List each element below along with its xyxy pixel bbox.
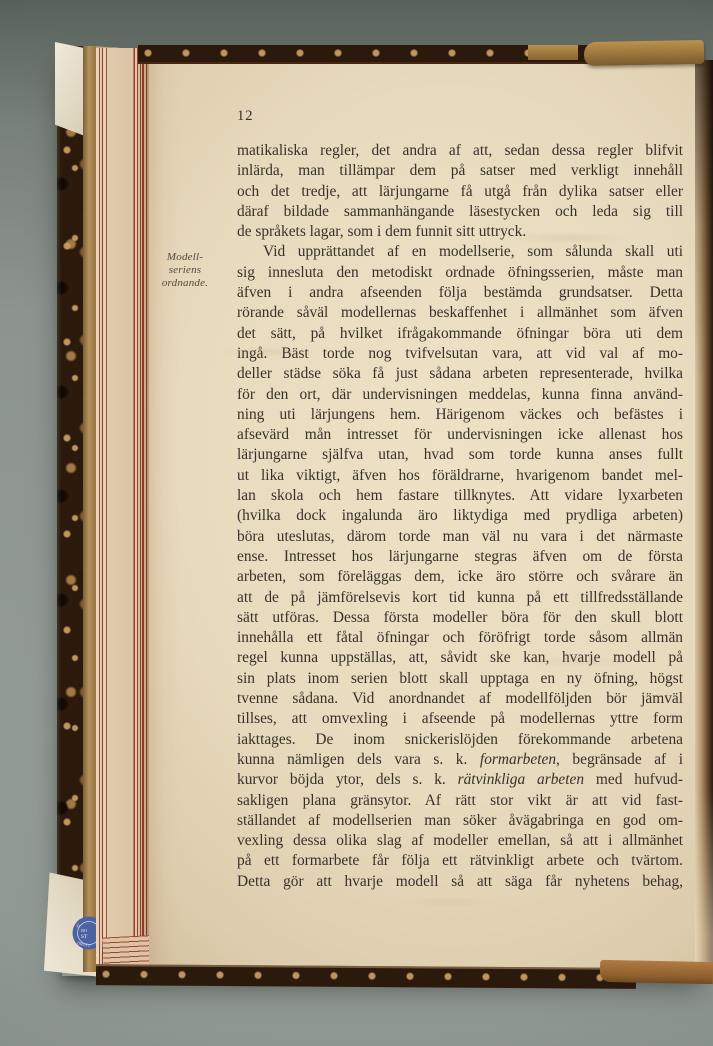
text-line: ense. Intresset hos lärjungarne stegras … (237, 547, 683, 567)
text-line: matikaliska regler, det andra af att, se… (237, 141, 683, 161)
cover-top-edge (138, 45, 590, 64)
text-line: sin plats inom serien blott skall upptag… (237, 669, 683, 689)
margin-note-line: seriens (158, 264, 212, 277)
text-line: regel kunna uppställas, att, såvidt ske … (237, 648, 683, 668)
stamp-letter: ST (81, 934, 88, 940)
text-line: tillses, att omvexling i afseende på mod… (237, 709, 683, 729)
cover-bottom-edge (96, 964, 636, 989)
text-line: rörande såväl modellernas beskaffenhet i… (237, 303, 683, 323)
text-line: iakttages. De inom snickerislöjden förek… (237, 730, 683, 750)
page-stack-striped-edges (96, 48, 149, 972)
page-block-tan-edge (83, 46, 96, 972)
text-line: deller städse söka få just sådana arbete… (237, 364, 683, 384)
text-line: det sätt, på hvilket ifrågakommande öfni… (237, 324, 683, 344)
text-line: arbeten, som föreläggas dem, icke äro st… (237, 567, 683, 587)
text-line: lan skola och hem fastare tillknytes. At… (237, 486, 683, 506)
margin-note: Modell- seriens ordnande. (158, 251, 212, 290)
text-line: innehålla ett fåtal öfningar och föröfri… (237, 628, 683, 648)
text-line: Detta gör att hvarje modell så att säga … (237, 872, 683, 892)
text-line: på ett formarbete får följa ett rätvinkl… (237, 851, 683, 871)
text-line: sakligen plana gränsytor. Af rätt stor v… (237, 791, 683, 811)
cover-top-tan-patch (528, 45, 578, 60)
text-line: sätt utföras. Dessa första modeller böra… (237, 608, 683, 628)
text-line: kunna nämligen dels vara s. k. formarbet… (237, 750, 683, 770)
page-number: 12 (237, 108, 254, 125)
text-block: matikaliska regler, det andra af att, se… (237, 141, 683, 892)
text-line: och det tredje, att lärjungarne få utgå … (237, 182, 683, 202)
text-line: inlärda, man tillämpar dem på satser med… (237, 161, 683, 181)
margin-note-line: Modell- (158, 251, 212, 264)
text-line: för den ort, där undervisningen meddelas… (237, 385, 683, 405)
curled-page-top-right (584, 40, 704, 66)
scan-background: G BO ST DROTT 12 Modell- seriens ordnand… (0, 0, 713, 1046)
text-line: ingå. Bäst torde nog tvifvelsutan vara, … (237, 344, 683, 364)
margin-note-line: ordnande. (158, 277, 212, 290)
text-line: kurvor böjda ytor, dels s. k. rätvinklig… (237, 770, 683, 790)
text-line: att de på jämförelsevis kort tid kunna p… (237, 588, 683, 608)
text-line: de språkets lagar, som i dem funnit sitt… (237, 222, 683, 242)
text-line: sig innesluta den metodiskt ordnade öfni… (237, 263, 683, 283)
text-line: lärjungarne själfva utan, hvad som torde… (237, 445, 683, 465)
text-line: (hvilka dock ingalunda äro liktydiga med… (237, 506, 683, 526)
text-line: äfven i andra afseenden följa bestämda g… (237, 283, 683, 303)
curled-page-bottom-right (600, 960, 713, 984)
paragraph: Vid upprättandet af en modellserie, som … (237, 242, 683, 892)
text-line: tvenne sådana. Vid anordnandet af modell… (237, 689, 683, 709)
text-line: Vid upprättandet af en modellserie, som … (237, 242, 683, 262)
stamp-letter: BO (81, 928, 88, 933)
book-page: 12 Modell- seriens ordnande. matikaliska… (149, 60, 695, 974)
text-line: däraf bildade sammanhängande läsestycken… (237, 202, 683, 222)
text-line: ställandet af modellserien man söker åvä… (237, 811, 683, 831)
text-line: ning uti lärjungens hem. Härigenom väcke… (237, 405, 683, 425)
text-line: vexling dessa olika slag af modeller eme… (237, 831, 683, 851)
text-line: ut lika viktigt, äfven hos föräldrarne, … (237, 466, 683, 486)
text-line: afsevärd mån intresset för undervisninge… (237, 425, 683, 445)
paragraph: matikaliska regler, det andra af att, se… (237, 141, 683, 242)
page-gutter-shadow (695, 60, 713, 972)
text-line: böra uteslutas, därom torde man väl nu v… (237, 527, 683, 547)
book-cover-marbled-edge (57, 46, 85, 886)
